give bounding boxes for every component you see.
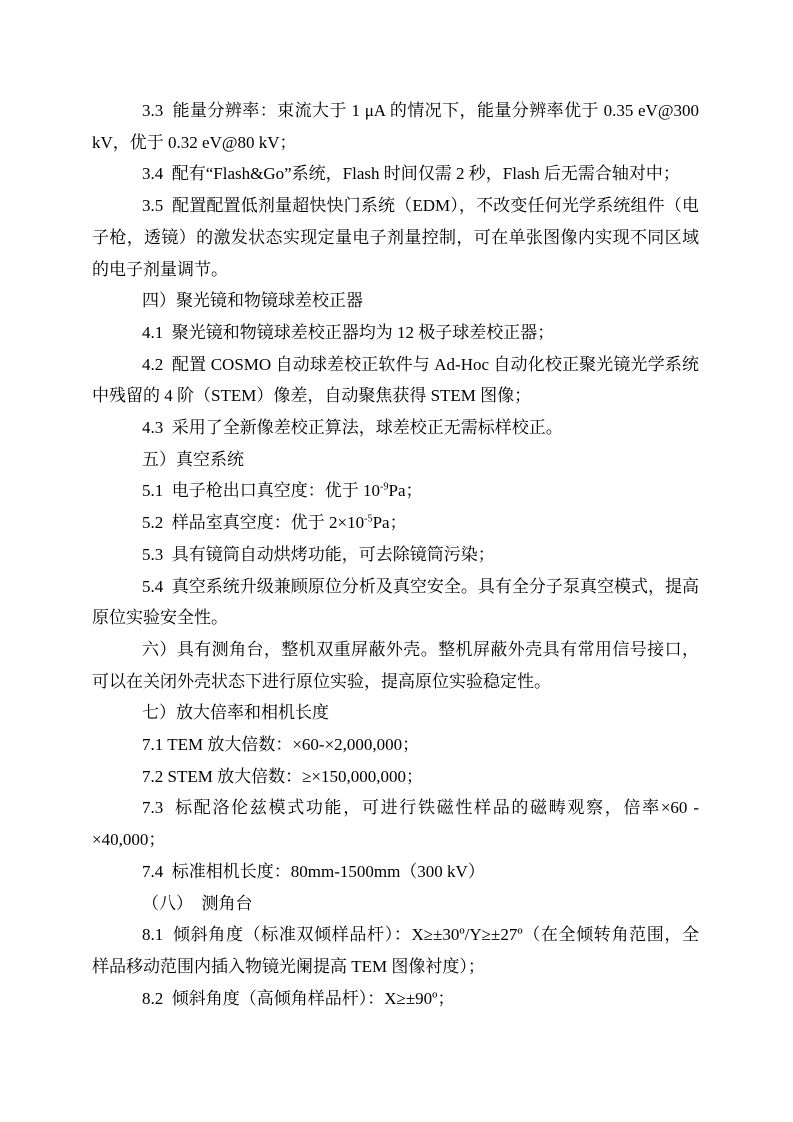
text-run: 六）具有测角台，整机双重屏蔽外壳。整机屏蔽外壳具有常用信号接口，可以在关闭外壳状…	[92, 640, 699, 691]
text-run: 5.4 真空系统升级兼顾原位分析及真空安全。具有全分子泵真空模式，提高原位实验安…	[92, 577, 699, 628]
paragraph: 7.4 标准相机长度：80mm-1500mm（300 kV）	[92, 856, 699, 888]
paragraph: 六）具有测角台，整机双重屏蔽外壳。整机屏蔽外壳具有常用信号接口，可以在关闭外壳状…	[92, 634, 699, 697]
paragraph: 4.2 配置 COSMO 自动球差校正软件与 Ad-Hoc 自动化校正聚光镜光学…	[92, 349, 699, 412]
text-run: 7.1 TEM 放大倍数：×60-×2,000,000；	[142, 735, 419, 754]
paragraph: 3.4 配有“Flash&Go”系统，Flash 时间仅需 2 秒，Flash …	[92, 158, 699, 190]
text-run: 3.4 配有“Flash&Go”系统，Flash 时间仅需 2 秒，Flash …	[142, 164, 680, 183]
paragraph: 五）真空系统	[92, 444, 699, 476]
text-run: （八） 测角台	[142, 894, 253, 913]
paragraph: 7.3 标配洛伦兹模式功能，可进行铁磁性样品的磁畴观察，倍率×60 - ×40,…	[92, 792, 699, 855]
paragraph: 七）放大倍率和相机长度	[92, 697, 699, 729]
text-run: 7.2 STEM 放大倍数：≥×150,000,000；	[142, 767, 423, 786]
paragraph: 5.4 真空系统升级兼顾原位分析及真空安全。具有全分子泵真空模式，提高原位实验安…	[92, 571, 699, 634]
text-run: Pa；	[389, 481, 423, 500]
superscript-text: -9	[380, 482, 389, 493]
text-run: Pa；	[373, 513, 407, 532]
paragraph: 四）聚光镜和物镜球差校正器	[92, 285, 699, 317]
paragraph: 5.2 样品室真空度：优于 2×10-5Pa；	[92, 507, 699, 539]
text-run: 4.3 采用了全新像差校正算法，球差校正无需标样校正。	[142, 418, 563, 437]
text-run: 5.2 样品室真空度：优于 2×10	[142, 513, 364, 532]
paragraph: 3.5 配置配置低剂量超快快门系统（EDM），不改变任何光学系统组件（电子枪，透…	[92, 190, 699, 285]
paragraph: 5.3 具有镜筒自动烘烤功能，可去除镜筒污染；	[92, 539, 699, 571]
paragraph: 8.1 倾斜角度（标准双倾样品杆）：X≥±30º/Y≥±27º（在全倾转角范围，…	[92, 919, 699, 982]
text-run: 5.1 电子枪出口真空度：优于 10	[142, 481, 380, 500]
document-page: 3.3 能量分辨率：束流大于 1 μA 的情况下，能量分辨率优于 0.35 eV…	[0, 0, 793, 1122]
text-run: 四）聚光镜和物镜球差校正器	[142, 291, 363, 310]
paragraph: 5.1 电子枪出口真空度：优于 10-9Pa；	[92, 475, 699, 507]
paragraph: （八） 测角台	[92, 888, 699, 920]
text-run: 3.3 能量分辨率：束流大于 1 μA 的情况下，能量分辨率优于 0.35 eV…	[92, 101, 703, 152]
paragraph: 8.2 倾斜角度（高倾角样品杆）：X≥±90º；	[92, 983, 699, 1015]
document-body: 3.3 能量分辨率：束流大于 1 μA 的情况下，能量分辨率优于 0.35 eV…	[92, 95, 699, 1014]
paragraph: 3.3 能量分辨率：束流大于 1 μA 的情况下，能量分辨率优于 0.35 eV…	[92, 95, 699, 158]
text-run: 8.2 倾斜角度（高倾角样品杆）：X≥±90º；	[142, 989, 454, 1008]
paragraph: 7.2 STEM 放大倍数：≥×150,000,000；	[92, 761, 699, 793]
text-run: 7.3 标配洛伦兹模式功能，可进行铁磁性样品的磁畴观察，倍率×60 - ×40,…	[92, 798, 703, 849]
text-run: 4.2 配置 COSMO 自动球差校正软件与 Ad-Hoc 自动化校正聚光镜光学…	[92, 355, 699, 406]
paragraph: 4.1 聚光镜和物镜球差校正器均为 12 极子球差校正器；	[92, 317, 699, 349]
superscript-text: -5	[364, 513, 373, 524]
text-run: 7.4 标准相机长度：80mm-1500mm（300 kV）	[142, 862, 485, 881]
text-run: 五）真空系统	[142, 450, 244, 469]
paragraph: 7.1 TEM 放大倍数：×60-×2,000,000；	[92, 729, 699, 761]
text-run: 8.1 倾斜角度（标准双倾样品杆）：X≥±30º/Y≥±27º（在全倾转角范围，…	[92, 925, 699, 976]
paragraph: 4.3 采用了全新像差校正算法，球差校正无需标样校正。	[92, 412, 699, 444]
text-run: 七）放大倍率和相机长度	[142, 703, 329, 722]
text-run: 4.1 聚光镜和物镜球差校正器均为 12 极子球差校正器；	[142, 323, 554, 342]
text-run: 3.5 配置配置低剂量超快快门系统（EDM），不改变任何光学系统组件（电子枪，透…	[92, 196, 699, 278]
text-run: 5.3 具有镜筒自动烘烤功能，可去除镜筒污染；	[142, 545, 495, 564]
